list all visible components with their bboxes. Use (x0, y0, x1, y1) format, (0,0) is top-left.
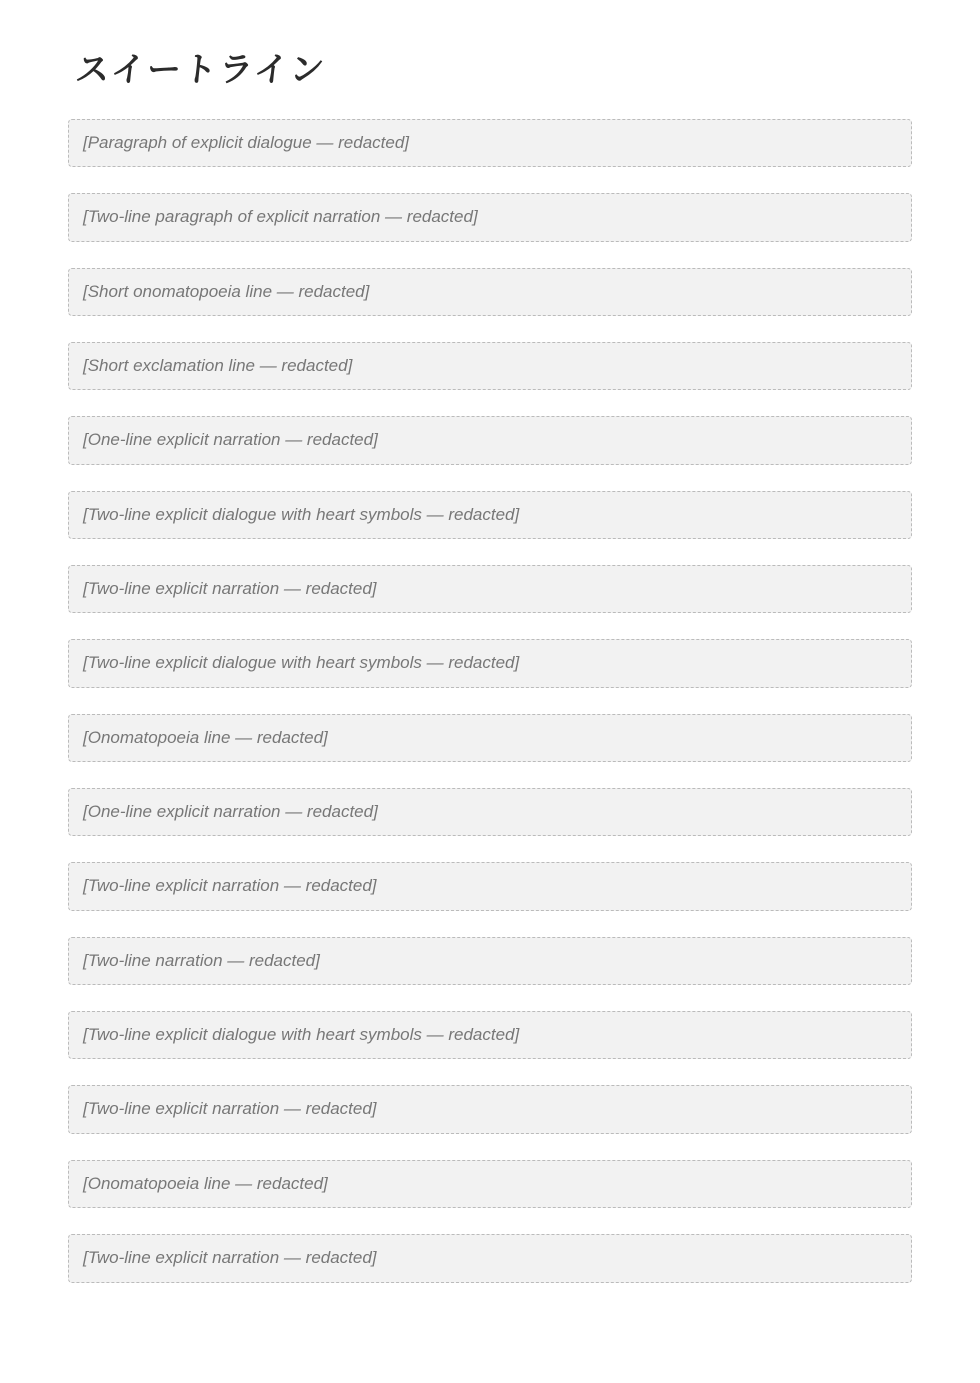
page-title: スイートライン (73, 42, 328, 91)
paragraph-redacted: [Short exclamation line — redacted] (68, 342, 912, 390)
paragraph-redacted: [One-line explicit narration — redacted] (68, 788, 912, 836)
paragraph-redacted: [Paragraph of explicit dialogue — redact… (68, 119, 912, 167)
paragraph-redacted: [Two-line explicit dialogue with heart s… (68, 491, 912, 539)
paragraph-redacted: [Two-line paragraph of explicit narratio… (68, 193, 912, 241)
paragraph-redacted: [Two-line explicit dialogue with heart s… (68, 639, 912, 687)
paragraph-redacted: [Two-line explicit narration — redacted] (68, 1085, 912, 1133)
paragraph-redacted: [Two-line narration — redacted] (68, 937, 912, 985)
paragraph-redacted: [Onomatopoeia line — redacted] (68, 1160, 912, 1208)
paragraph-redacted: [One-line explicit narration — redacted] (68, 416, 912, 464)
document-page: スイートライン [Paragraph of explicit dialogue … (0, 0, 980, 1383)
paragraph-redacted: [Two-line explicit narration — redacted] (68, 565, 912, 613)
paragraph-redacted: [Two-line explicit narration — redacted] (68, 862, 912, 910)
paragraph-redacted: [Two-line explicit narration — redacted] (68, 1234, 912, 1282)
paragraph-redacted: [Short onomatopoeia line — redacted] (68, 268, 912, 316)
body-text-container: [Paragraph of explicit dialogue — redact… (68, 119, 912, 1283)
paragraph-redacted: [Onomatopoeia line — redacted] (68, 714, 912, 762)
paragraph-redacted: [Two-line explicit dialogue with heart s… (68, 1011, 912, 1059)
